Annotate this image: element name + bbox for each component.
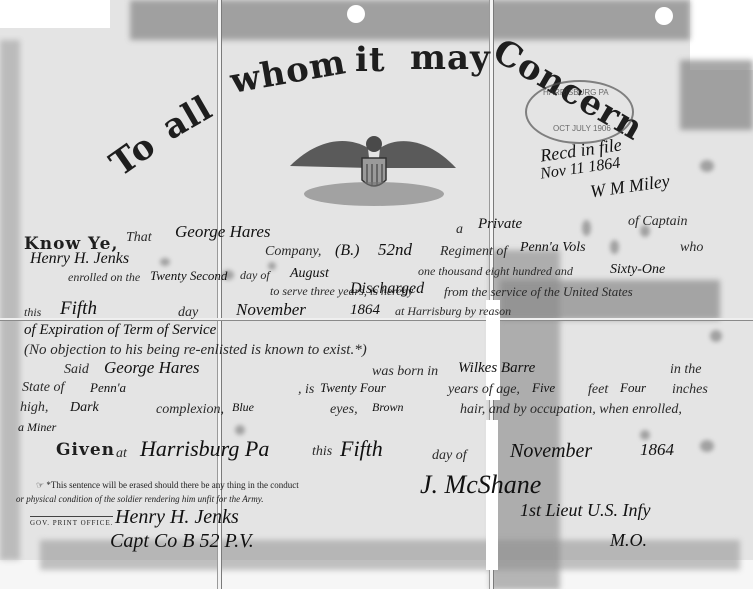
given-place: Harrisburg Pa (140, 436, 269, 462)
spot (160, 258, 170, 266)
captain-signature: Henry H. Jenks (115, 506, 239, 529)
given-label: Given (56, 440, 115, 460)
text: of Captain (628, 214, 688, 230)
text: enrolled on the (68, 270, 140, 285)
title-word: whom (227, 42, 349, 102)
eagle-emblem-icon (288, 128, 458, 208)
stain (680, 60, 753, 130)
text: this (24, 305, 41, 320)
given-day: Fifth (340, 436, 383, 462)
footnote-line: ☞ *This sentence will be erased should t… (36, 480, 299, 491)
text: at (116, 446, 127, 462)
text: day of (432, 448, 467, 464)
stain (130, 0, 690, 40)
stain (0, 40, 20, 560)
text: Regiment of (440, 244, 507, 260)
text: Said (64, 362, 89, 378)
height-feet: Five (532, 380, 555, 396)
title-word: it (355, 40, 386, 80)
title-word: may (410, 38, 491, 78)
enrolled-month: August (290, 266, 329, 282)
discharge-month: November (236, 300, 306, 320)
enrolled-day: Twenty Second (150, 268, 227, 284)
birth-state: Penn'a (90, 380, 126, 396)
officer-signature: J. McShane (420, 470, 541, 500)
spot (640, 430, 650, 440)
officer-title: 1st Lieut U.S. Infy (520, 500, 651, 521)
stamp-text: OCT JULY 1906 (553, 124, 611, 133)
discharged-word: Discharged (350, 280, 424, 298)
given-month: November (510, 440, 592, 463)
height-inches: Four (620, 380, 646, 396)
punch-hole (347, 5, 365, 23)
discharge-day: Fifth (60, 298, 97, 320)
text: Company, (265, 244, 321, 260)
text: That (126, 230, 152, 246)
printer-mark: Gov. Print Office. (30, 516, 113, 527)
discharge-reason: of Expiration of Term of Service (24, 322, 216, 339)
birthplace: Wilkes Barre (458, 360, 535, 377)
text: who (680, 240, 703, 256)
text: one thousand eight hundred and (418, 264, 573, 279)
text: years of age, (448, 382, 520, 398)
occupation: a Miner (18, 420, 56, 435)
text: at Harrisburg by reason (395, 304, 511, 319)
footnote-line: or physical condition of the soldier ren… (16, 494, 263, 504)
regiment-number: 52nd (378, 240, 412, 260)
text: day (178, 305, 198, 321)
hair-color: Brown (372, 400, 404, 415)
officer-title: M.O. (610, 530, 647, 551)
discharge-certificate: To all whom it may Concern HARRISBURG PA… (0, 0, 753, 589)
age: Twenty Four (320, 380, 386, 396)
text: a (456, 222, 463, 238)
stamp-text: HARRISBURG PA (543, 88, 609, 97)
title-word: To (103, 125, 164, 184)
torn-corner (0, 0, 110, 28)
no-objection-clause: (No objection to his being re-enlisted i… (24, 342, 367, 359)
soldier-name: George Hares (175, 222, 271, 242)
eye-color: Blue (232, 400, 254, 415)
text: was born in (372, 364, 438, 380)
text: complexion, (156, 402, 224, 418)
text: from the service of the United States (444, 284, 633, 300)
captain-name: Henry H. Jenks (30, 250, 129, 268)
spot (700, 160, 714, 172)
text: hair, and by occupation, when enrolled, (460, 402, 682, 418)
said-name: George Hares (104, 358, 200, 378)
spot (610, 240, 619, 254)
spot (700, 440, 714, 452)
text: high, (20, 400, 48, 416)
punch-hole (655, 7, 673, 25)
captain-signature-title: Capt Co B 52 P.V. (110, 530, 254, 553)
rank: Private (478, 216, 522, 233)
spot (710, 330, 722, 342)
text: State of (22, 380, 64, 396)
enrolled-year: Sixty-One (610, 262, 665, 278)
regiment-state: Penn'a Vols (520, 240, 586, 256)
text: eyes, (330, 402, 358, 418)
spot (235, 425, 245, 435)
text: inches (672, 382, 708, 398)
text: feet (588, 382, 608, 398)
company: (B.) (335, 242, 359, 260)
complexion: Dark (70, 400, 99, 416)
spot (582, 220, 591, 236)
text: in the (670, 362, 702, 378)
given-year: 1864 (640, 440, 674, 460)
discharge-year: 1864 (350, 302, 380, 319)
text: day of (240, 268, 270, 283)
text: , is (298, 382, 314, 398)
title-word: all (155, 88, 219, 148)
text: this (312, 444, 332, 460)
